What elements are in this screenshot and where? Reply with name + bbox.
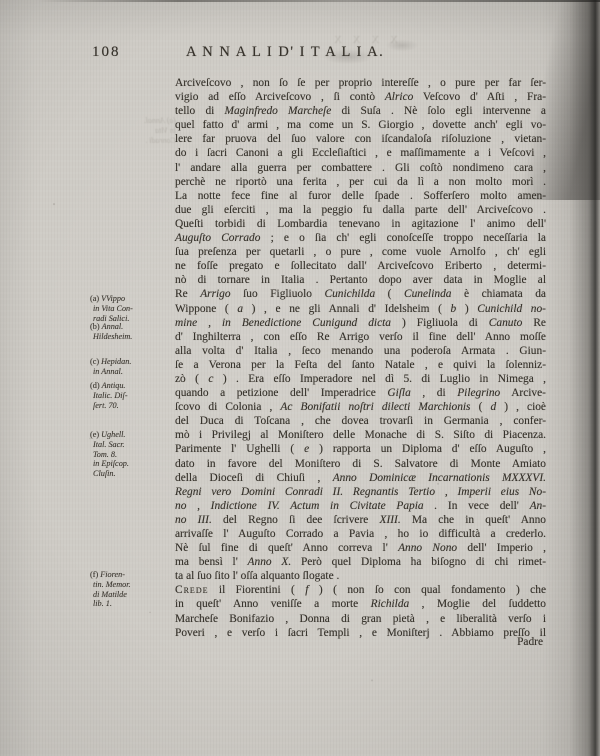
body-line: arrivaſſe l' Auguſto Corrado a Pavia , h… xyxy=(175,527,546,541)
body-line: La notte fece fine al furor delle ſpade … xyxy=(175,189,546,203)
body-text-block: Arciveſcovo , non ſo ſe per proprio inte… xyxy=(175,76,546,640)
body-line: d' Inghilterra , con eſſo Re Arrigo verſ… xyxy=(175,330,546,344)
body-line: Marcheſe Bonifazio , Donna di gran pietà… xyxy=(175,612,546,626)
margin-note-f: (f) Fioren-tin. Memor.di Matildelib. 1. xyxy=(90,570,174,609)
catchword: Padre xyxy=(175,636,543,648)
body-line: perchè ne riportò una ferita , per cui d… xyxy=(175,175,546,189)
margin-note-line: Hildesheim. xyxy=(90,332,174,342)
margin-note-line: (f) Fioren- xyxy=(90,570,174,580)
margin-note-line: tin. Memor. xyxy=(90,580,174,590)
body-line: vigio ad eſſo Arciveſcovo , ſi contò Alr… xyxy=(175,90,546,104)
body-line: quel fatto d' armi , ma come un S. Giorg… xyxy=(175,118,546,132)
margin-note-line: (a) VVippo xyxy=(90,294,174,304)
body-line: mò i Privilegj al Moniſtero delle Monach… xyxy=(175,428,546,442)
body-line: quando a petizione dell' Imperadrice Giſ… xyxy=(175,386,546,400)
margin-note-line: in Epiſcop. xyxy=(90,459,174,469)
margin-note-line: in Annal. xyxy=(90,367,174,377)
margin-note-line: di Matilde xyxy=(90,590,174,600)
body-line: zò ( c ) . Era eſſo Imperadore nel dì 5.… xyxy=(175,372,546,386)
body-line: Parimente l' Ughelli ( e ) rapporta un D… xyxy=(175,442,546,456)
margin-note-line: (c) Hepidan. xyxy=(90,357,174,367)
show-through-line: in Vita xyxy=(102,126,176,136)
margin-note-line: ſert. 70. xyxy=(90,401,174,411)
margin-note-line: Italic. Diſ- xyxy=(90,391,174,401)
margin-note-line: (b) Annal. xyxy=(90,322,174,332)
body-line: mine , in Benedictione Cunigund dicta ) … xyxy=(175,316,546,330)
page-title: A N N A L I D' I T A L I A. xyxy=(186,44,384,61)
body-line: tello di Maginfredo Marcheſe di Suſa . N… xyxy=(175,104,546,118)
body-line: no , Indictione IV. Actum in Civitate Pa… xyxy=(175,499,546,513)
margin-note-a: (a) VVippoin Vita Con-radi Salici. xyxy=(90,294,174,323)
body-line: nò di tornare in Italia . Pertanto dopo … xyxy=(175,273,546,287)
body-line: lere far pruova del ſuo valore con iſcan… xyxy=(175,132,546,146)
page-number: 108 xyxy=(92,44,121,61)
body-line: alla volta d' Italia , ſeco menando una … xyxy=(175,344,546,358)
body-line: do i ſacri Canoni a gli Eccleſiaſtici , … xyxy=(175,146,546,160)
body-line: Wippone ( a ) , e ne gli Annali d' Idels… xyxy=(175,302,546,316)
body-line: no III. del Regno ſi dee ſcrivere XIII. … xyxy=(175,513,546,527)
body-line: ſe a Verona per la Feſta del ſanto Natal… xyxy=(175,358,546,372)
body-line: del Duca di Toſcana , che dovea trovarſi… xyxy=(175,414,546,428)
margin-note-line: (e) Ughell. xyxy=(90,430,174,440)
body-line: ma bensì l' Anno X. Però quel Diploma ha… xyxy=(175,555,546,569)
margin-note-line: Tom. 8. xyxy=(90,450,174,460)
body-line: in queſt' Anno veniſſe a morte Richilda … xyxy=(175,597,546,611)
body-line: ſcovo di Colonia , Ac Bonifatii noſtri d… xyxy=(175,400,546,414)
margin-note-b: (b) Annal.Hildesheim. xyxy=(90,322,174,342)
body-line: ta al ſuo ſito l' oſſa alquanto ſlogate … xyxy=(175,569,546,583)
page-edge-shadow-right xyxy=(542,0,600,756)
body-line: Auguſto Corrado ; e o ſia ch' egli conoſ… xyxy=(175,231,546,245)
margin-note-line: lib. 1. xyxy=(90,599,174,609)
body-line: Re Arrigo ſuo Figliuolo Cunichilda ( Cun… xyxy=(175,287,546,301)
body-line: due gli eſerciti , ma la peggio fu dalla… xyxy=(175,203,546,217)
body-line: dato in favore del Moniſtero di S. Salva… xyxy=(175,457,546,471)
body-line: Crede il Fiorentini ( f ) ( non ſo con q… xyxy=(175,583,546,597)
show-through-line: (a) Annal. xyxy=(102,116,176,126)
body-line: ſua preſenza per quetarli , o pure , com… xyxy=(175,245,546,259)
body-line: Nè ſul fine di queſt' Anno correva l' An… xyxy=(175,541,546,555)
margin-note-c: (c) Hepidan.in Annal. xyxy=(90,357,174,377)
show-through-line: Conradi . xyxy=(102,136,176,146)
margin-note-line: in Vita Con- xyxy=(90,304,174,314)
body-line: della Dioceſi di Chiuſi , Anno Dominicæ … xyxy=(175,471,546,485)
margin-note-line: Cluſin. xyxy=(90,469,174,479)
margin-note-d: (d) Antiqu.Italic. Diſ-ſert. 70. xyxy=(90,381,174,410)
scanned-book-page: X X X X (a) Annal.in VitaConradi . 108 A… xyxy=(0,0,600,756)
margin-note-e: (e) Ughell.Ital. Sacr.Tom. 8.in Epiſcop.… xyxy=(90,430,174,479)
body-line: Queſti torbidi di Lombardia tenevano in … xyxy=(175,217,546,231)
body-line: l' andare alla guerra per combattere . G… xyxy=(175,161,546,175)
body-line: Regni vero Domini Conradi II. Regnantis … xyxy=(175,485,546,499)
page-edge-shadow-top xyxy=(38,0,600,2)
body-line: ne foſſe pregato e ſollecitato dall' Arc… xyxy=(175,259,546,273)
margin-note-line: (d) Antiqu. xyxy=(90,381,174,391)
show-through-ghost-text: (a) Annal.in VitaConradi . xyxy=(102,116,176,146)
body-line: Arciveſcovo , non ſo ſe per proprio inte… xyxy=(175,76,546,90)
margin-note-line: Ital. Sacr. xyxy=(90,440,174,450)
